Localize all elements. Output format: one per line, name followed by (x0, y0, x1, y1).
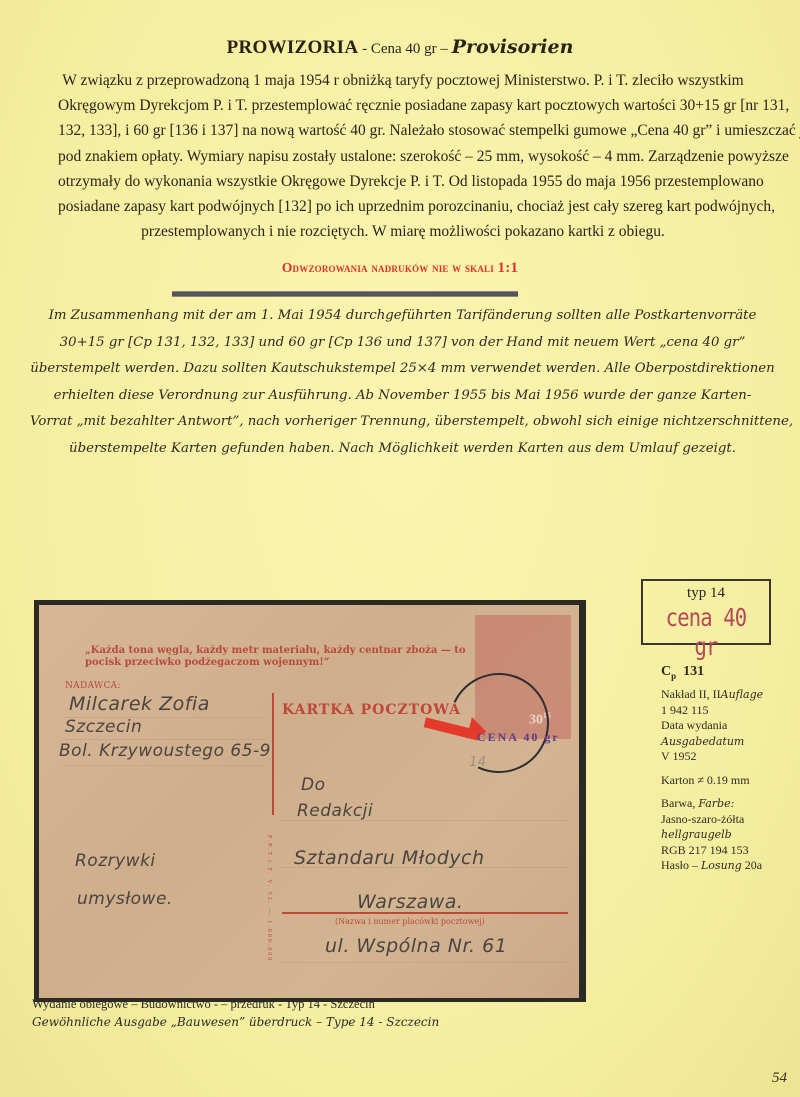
german-line: Vorrat „mit bezahlter Antwort”, nach vor… (30, 409, 775, 436)
german-line: erhielten diese Verordnung zur Ausführun… (30, 383, 775, 410)
color-name: Jasno-szaro-żółta (661, 812, 763, 828)
slogan-line: „Każda tona węgla, każdy metr materiału,… (85, 645, 466, 657)
german-line: überstempelt werden. Dazu sollten Kautsc… (30, 356, 775, 383)
page-title: PROWIZORIA - Cena 40 gr – Provisorien (0, 36, 800, 59)
title-separator: - (358, 41, 371, 57)
scale-notice: Odwzorowania nadruków nie w skali 1:1 (0, 260, 800, 277)
address-caption: (Nazwa i numer placówki pocztowej) (335, 917, 485, 926)
printer-imprint: P.P.T.i T. V. 52. — 1.000.000 (266, 835, 272, 962)
caption-german: Gewöhnliche Ausgabe „Bauwesen” überdruck… (32, 1015, 439, 1029)
type-label: typ 14 (643, 585, 769, 602)
german-line: Im Zusammenhang mit der am 1. Mai 1954 d… (30, 303, 775, 330)
polish-line: 132, 133], i 60 gr [136 i 137] na nową w… (58, 118, 748, 143)
postcard-image: „Każda tona węgla, każdy metr materiału,… (39, 605, 579, 998)
sender-label: NADAWCA: (65, 681, 121, 691)
sender-street: Bol. Krzywoustego 65-9 (59, 741, 271, 761)
scale-notice-ratio: 1:1 (498, 260, 519, 276)
catalog-info: Cp 131 Nakład II, IIAuflage 1 942 115 Da… (661, 664, 763, 874)
issue-date-label: Data wydania (661, 718, 763, 734)
german-description: Im Zusammenhang mit der am 1. Mai 1954 d… (30, 303, 775, 462)
message-line: Rozrywki (75, 851, 156, 871)
print-run-quantity: 1 942 115 (661, 703, 763, 719)
slogan-number: Hasło – Losung 20a (661, 858, 763, 874)
type-sample-box: typ 14 cena 40 gr (641, 579, 771, 645)
issue-date: V 1952 (661, 749, 763, 765)
type-overprint-sample: cena 40 gr (654, 603, 757, 661)
polish-line: posiadane zapasy kart podwójnych [132] p… (58, 194, 748, 219)
german-line: 30+15 gr [Cp 131, 132, 133] und 60 gr [C… (30, 330, 775, 357)
address-recipient: Redakcji (297, 801, 373, 821)
polish-line: Okręgowym Dyrekcjom P. i T. przestemplow… (58, 93, 748, 118)
divider (172, 291, 518, 297)
slogan-line: pocisk przeciwko podżegaczom wojennym!” (85, 657, 466, 669)
polish-line: pod znakiem opłaty. Wymiary napisu zosta… (58, 144, 748, 169)
sender-name: Milcarek Zofia (69, 693, 210, 715)
message-line: umysłowe. (77, 889, 173, 909)
catalog-number: Cp 131 (661, 664, 763, 684)
pencil-note: 14 (469, 755, 487, 770)
color-label: Barwa, Farbe: (661, 796, 763, 812)
title-german: Provisorien (452, 36, 574, 58)
address-street: ul. Wspólna Nr. 61 (325, 935, 507, 957)
issue-date-label-de: Ausgabedatum (661, 734, 763, 750)
color-rgb: RGB 217 194 153 (661, 843, 763, 859)
polish-line: otrzymały do wykonania wszystkie Okręgow… (58, 169, 748, 194)
address-red-line (282, 912, 568, 914)
page-number: 54 (772, 1070, 787, 1087)
title-main: PROWIZORIA (227, 37, 359, 58)
divider-line (272, 693, 274, 815)
caption-polish: Wydanie obiegowe – Budownictwo - – przed… (32, 997, 375, 1012)
title-subtitle: Cena 40 gr – (371, 41, 448, 57)
polish-description: W związku z przeprowadzoną 1 maja 1954 r… (58, 68, 748, 244)
polish-line: przestemplowanych i nie rozciętych. W mi… (58, 219, 748, 244)
address-city: Warszawa. (357, 891, 463, 913)
postcard-slogan: „Każda tona węgla, każdy metr materiału,… (85, 645, 466, 669)
print-run-label: Nakład II, IIAuflage (661, 687, 763, 703)
sender-city: Szczecin (65, 717, 142, 737)
card-thickness: Karton ≠ 0.19 mm (661, 773, 763, 789)
address-recipient-name: Sztandaru Młodych (294, 847, 485, 869)
color-name-de: hellgraugelb (661, 827, 763, 843)
address-to: Do (301, 775, 326, 795)
scale-notice-text: Odwzorowania nadruków nie w skali (282, 260, 494, 275)
postcard-header: KARTKA POCZTOWA (282, 702, 461, 718)
overprint-cena: CENA 40 gr (477, 730, 560, 745)
polish-line: W związku z przeprowadzoną 1 maja 1954 r… (58, 68, 748, 93)
german-line: überstempelte Karten gefunden haben. Nac… (30, 436, 775, 463)
